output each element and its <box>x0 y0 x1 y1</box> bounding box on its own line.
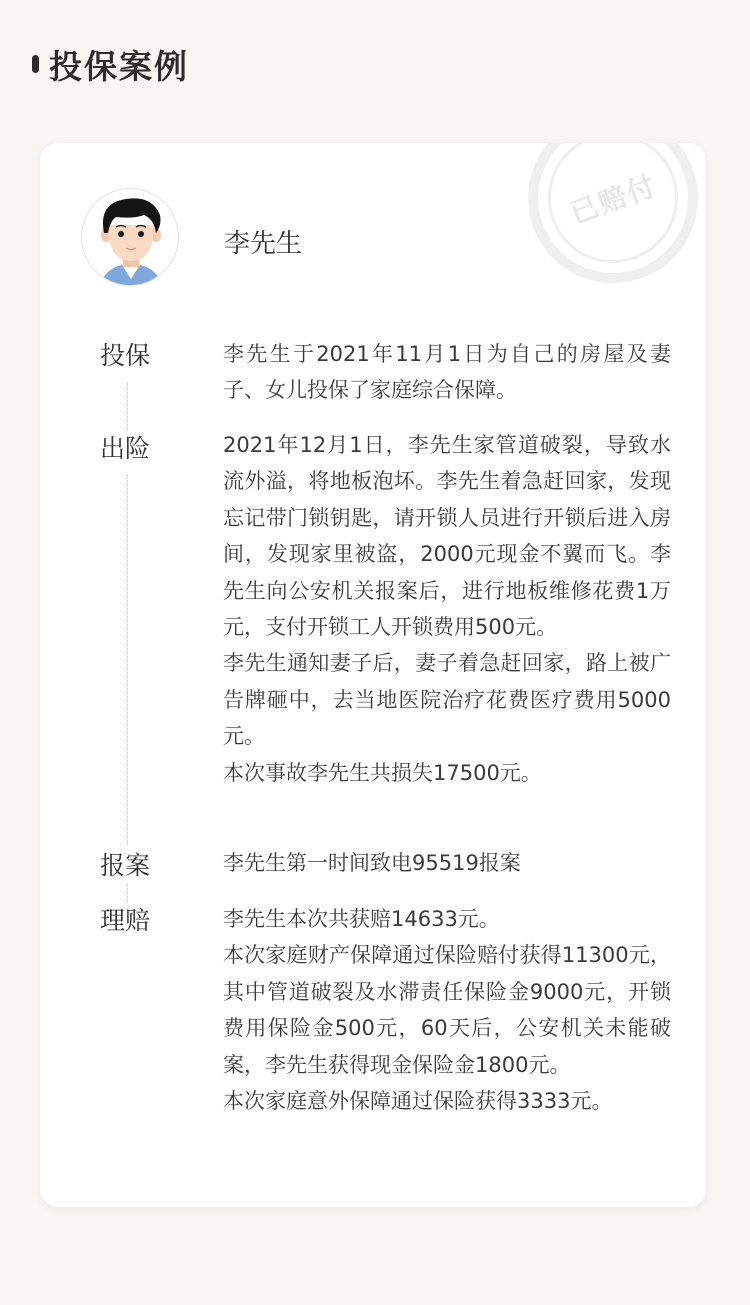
person-name: 李先生 <box>224 223 302 260</box>
title-accent-bar <box>32 55 39 73</box>
paragraph: 本次家庭意外保障通过保险获得3333元。 <box>223 1083 671 1119</box>
stamp-text: 已赔付 <box>564 164 662 232</box>
stamp-inner-ring: 已赔付 <box>548 143 678 263</box>
timeline-connector <box>127 881 128 903</box>
section-title: 投保案例 <box>49 41 189 88</box>
timeline-label-report: 报案 <box>100 848 150 884</box>
paragraph: 李先生第一时间致电95519报案 <box>223 845 671 881</box>
paragraph: 李先生通知妻子后，妻子着急赶回家，路上被广告牌砸中，去当地医院治疗花费医疗费用5… <box>223 645 671 754</box>
paragraph: 2021年12月1日，李先生家管道破裂，导致水流外溢，将地板泡坏。李先生着急赶回… <box>223 427 671 645</box>
timeline-text-insure: 李先生于2021年11月1日为自己的房屋及妻子、女儿投保了家庭综合保障。 <box>223 336 671 409</box>
male-avatar-icon <box>81 188 179 286</box>
timeline-label-claim: 理赔 <box>100 903 150 939</box>
paragraph: 本次家庭财产保障通过保险赔付获得11300元，其中管道破裂及水滞责任保险金900… <box>223 937 671 1083</box>
timeline-text-incident: 2021年12月1日，李先生家管道破裂，导致水流外溢，将地板泡坏。李先生着急赶回… <box>223 427 671 791</box>
timeline-label-insure: 投保 <box>100 338 150 374</box>
paragraph: 李先生本次共获赔14633元。 <box>223 901 671 937</box>
paragraph: 李先生于2021年11月1日为自己的房屋及妻子、女儿投保了家庭综合保障。 <box>223 336 671 409</box>
timeline-text-claim: 李先生本次共获赔14633元。 本次家庭财产保障通过保险赔付获得11300元，其… <box>223 901 671 1119</box>
paragraph: 本次事故李先生共损失17500元。 <box>223 755 671 791</box>
paid-stamp-icon: 已赔付 <box>528 143 698 283</box>
timeline-label-incident: 出险 <box>100 431 150 467</box>
section-header: 投保案例 <box>32 42 189 86</box>
page: 投保案例 已赔付 <box>0 0 750 1305</box>
timeline-text-report: 李先生第一时间致电95519报案 <box>223 845 671 881</box>
timeline-connector <box>127 475 128 845</box>
case-card: 已赔付 <box>40 143 706 1207</box>
